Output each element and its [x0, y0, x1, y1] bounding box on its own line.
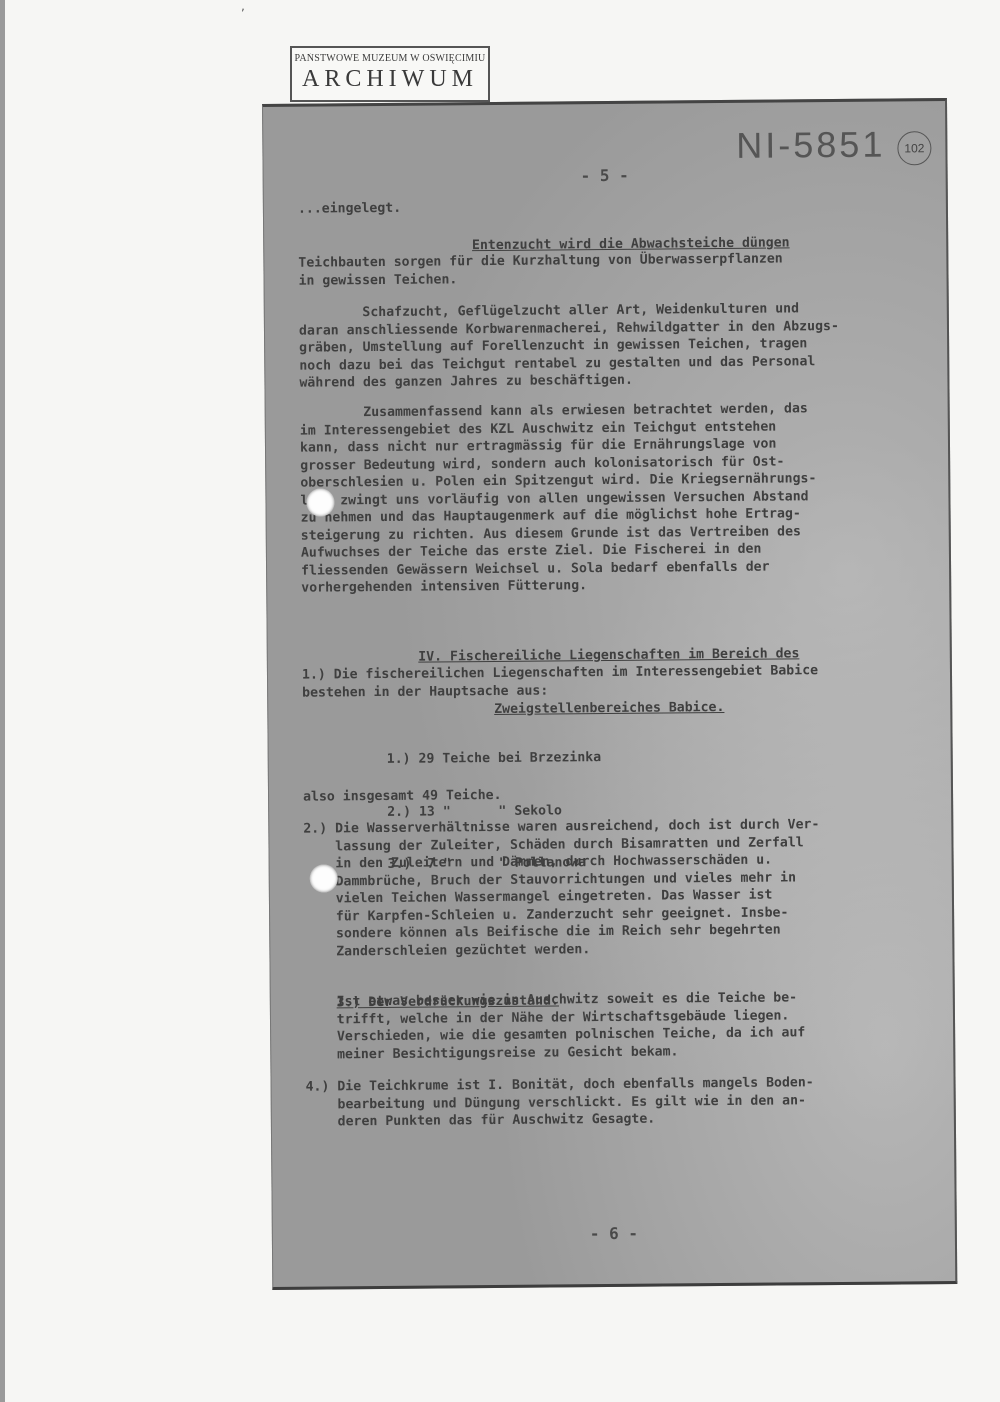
archive-stamp: PAŃSTWOWE MUZEUM W OŚWIĘCIMIU ARCHIWUM	[290, 46, 490, 102]
punch-hole	[310, 864, 338, 892]
paragraph-2: Schafzucht, Geflügelzucht aller Art, Wei…	[299, 299, 938, 392]
scan-edge	[0, 0, 5, 1402]
document-page: NI-5851 102 - 5 - ...eingelegt. Entenzuc…	[262, 98, 957, 1290]
circled-page-ref: 102	[897, 131, 931, 165]
item-4: 4.) Die Teichkrume ist I. Bonität, doch …	[306, 1073, 944, 1131]
item-2: 2.) Die Wasserverhältnisse waren ausreic…	[303, 815, 942, 961]
stamp-institution: PAŃSTWOWE MUZEUM W OŚWIĘCIMIU	[292, 53, 488, 64]
item-3: Ist etwas besser wie in Auschwitz soweit…	[305, 988, 944, 1064]
scan-speck: ,	[240, 2, 246, 13]
paragraph-3: Zusammenfassend kann als erwiesen betrac…	[300, 399, 940, 597]
intro-fragment: ...eingelegt.	[298, 195, 936, 218]
document-id-handwritten: NI-5851	[736, 124, 885, 167]
stamp-archive-label: ARCHIWUM	[292, 66, 488, 93]
page-number-bottom: - 6 -	[273, 1221, 955, 1246]
item-1-intro: 1.) Die fischereilichen Liegenschaften i…	[302, 661, 940, 702]
pond-row: 1.) 29 Teiche bei Brzezinka	[387, 746, 941, 768]
paragraph-1: Teichbauten sorgen für die Kurzhaltung v…	[298, 249, 936, 290]
punch-hole	[306, 488, 334, 516]
page-number-top: - 5 -	[264, 163, 946, 188]
